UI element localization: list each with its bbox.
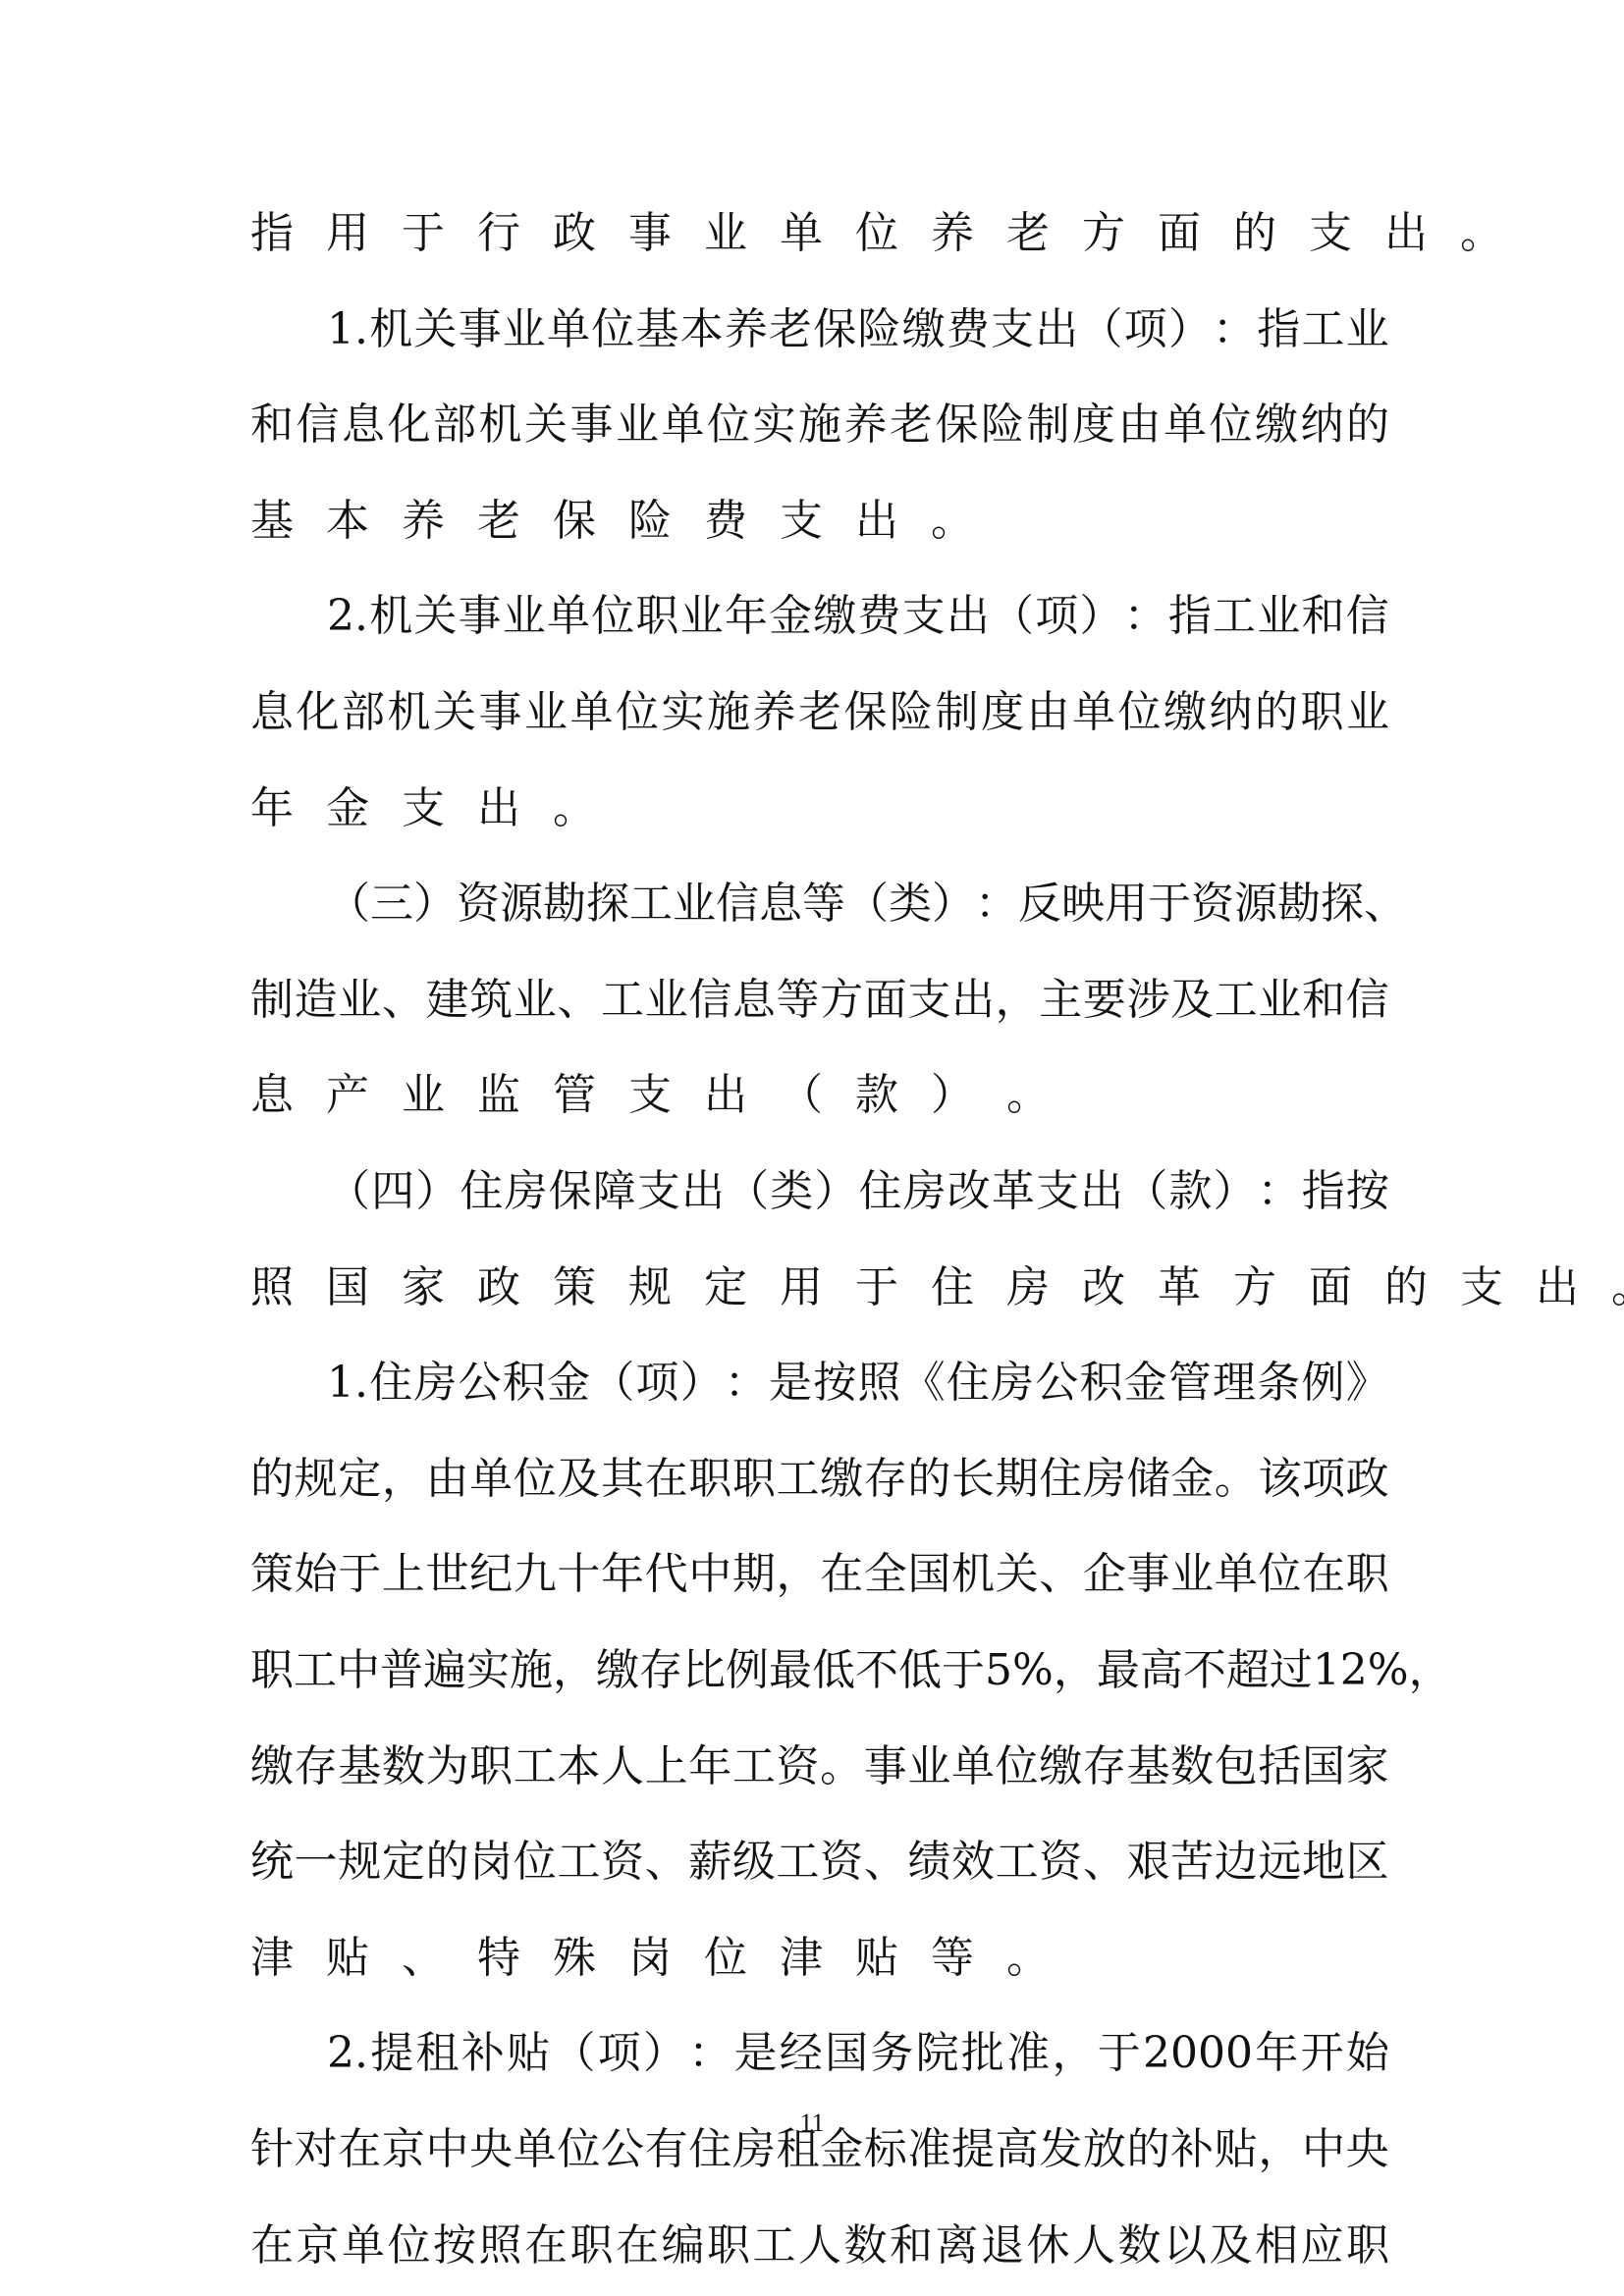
- page-number: 11: [0, 2109, 1624, 2138]
- paragraph-first-line: （四）住房保障支出（类）住房改革支出（款）：指按: [327, 1152, 1389, 1231]
- paragraph-line: 息化部机关事业单位实施养老保险制度由单位缴纳的职业: [250, 673, 1389, 752]
- paragraph-first-line: 2.提租补贴（项）：是经国务院批准，于2000年开始: [327, 2014, 1389, 2093]
- paragraph-line: 统一规定的岗位工资、薪级工资、绩效工资、艰苦边远地区: [250, 1823, 1389, 1901]
- paragraph-line: 职工中普遍实施，缴存比例最低不低于5%，最高不超过12%，: [250, 1631, 1389, 1710]
- paragraph-first-line: 2.机关事业单位职业年金缴费支出（项）：指工业和信: [327, 577, 1389, 656]
- paragraph-line: 基本养老保险费支出。: [250, 482, 1389, 561]
- paragraph-first-line: 1.住房公积金（项）：是按照《住房公积金管理条例》: [327, 1344, 1389, 1422]
- paragraph-line: 指用于行政事业单位养老方面的支出。: [250, 194, 1389, 273]
- paragraph-line: 津贴、特殊岗位津贴等。: [250, 1919, 1389, 1998]
- paragraph-line: 和信息化部机关事业单位实施养老保险制度由单位缴纳的: [250, 386, 1389, 464]
- paragraph-line: 息产业监管支出（款）。: [250, 1056, 1389, 1135]
- paragraph-line: 在京单位按照在职在编职工人数和离退休人数以及相应职: [250, 2207, 1389, 2285]
- paragraph-line: 缴存基数为职工本人上年工资。事业单位缴存基数包括国家: [250, 1728, 1389, 1806]
- paragraph-line: 照国家政策规定用于住房改革方面的支出。: [250, 1249, 1389, 1327]
- paragraph-first-line: 1.机关事业单位基本养老保险缴费支出（项）：指工业: [327, 291, 1389, 369]
- paragraph-first-line: （三）资源勘探工业信息等（类）：反映用于资源勘探、: [327, 865, 1389, 943]
- paragraph-line: 的规定，由单位及其在职职工缴存的长期住房储金。该项政: [250, 1440, 1389, 1519]
- paragraph-line: 策始于上世纪九十年代中期，在全国机关、企事业单位在职: [250, 1535, 1389, 1614]
- paragraph-line: 年金支出。: [250, 770, 1389, 848]
- paragraph-line: 制造业、建筑业、工业信息等方面支出，主要涉及工业和信: [250, 961, 1389, 1040]
- document-page: 指用于行政事业单位养老方面的支出。1.机关事业单位基本养老保险缴费支出（项）：指…: [0, 0, 1624, 2296]
